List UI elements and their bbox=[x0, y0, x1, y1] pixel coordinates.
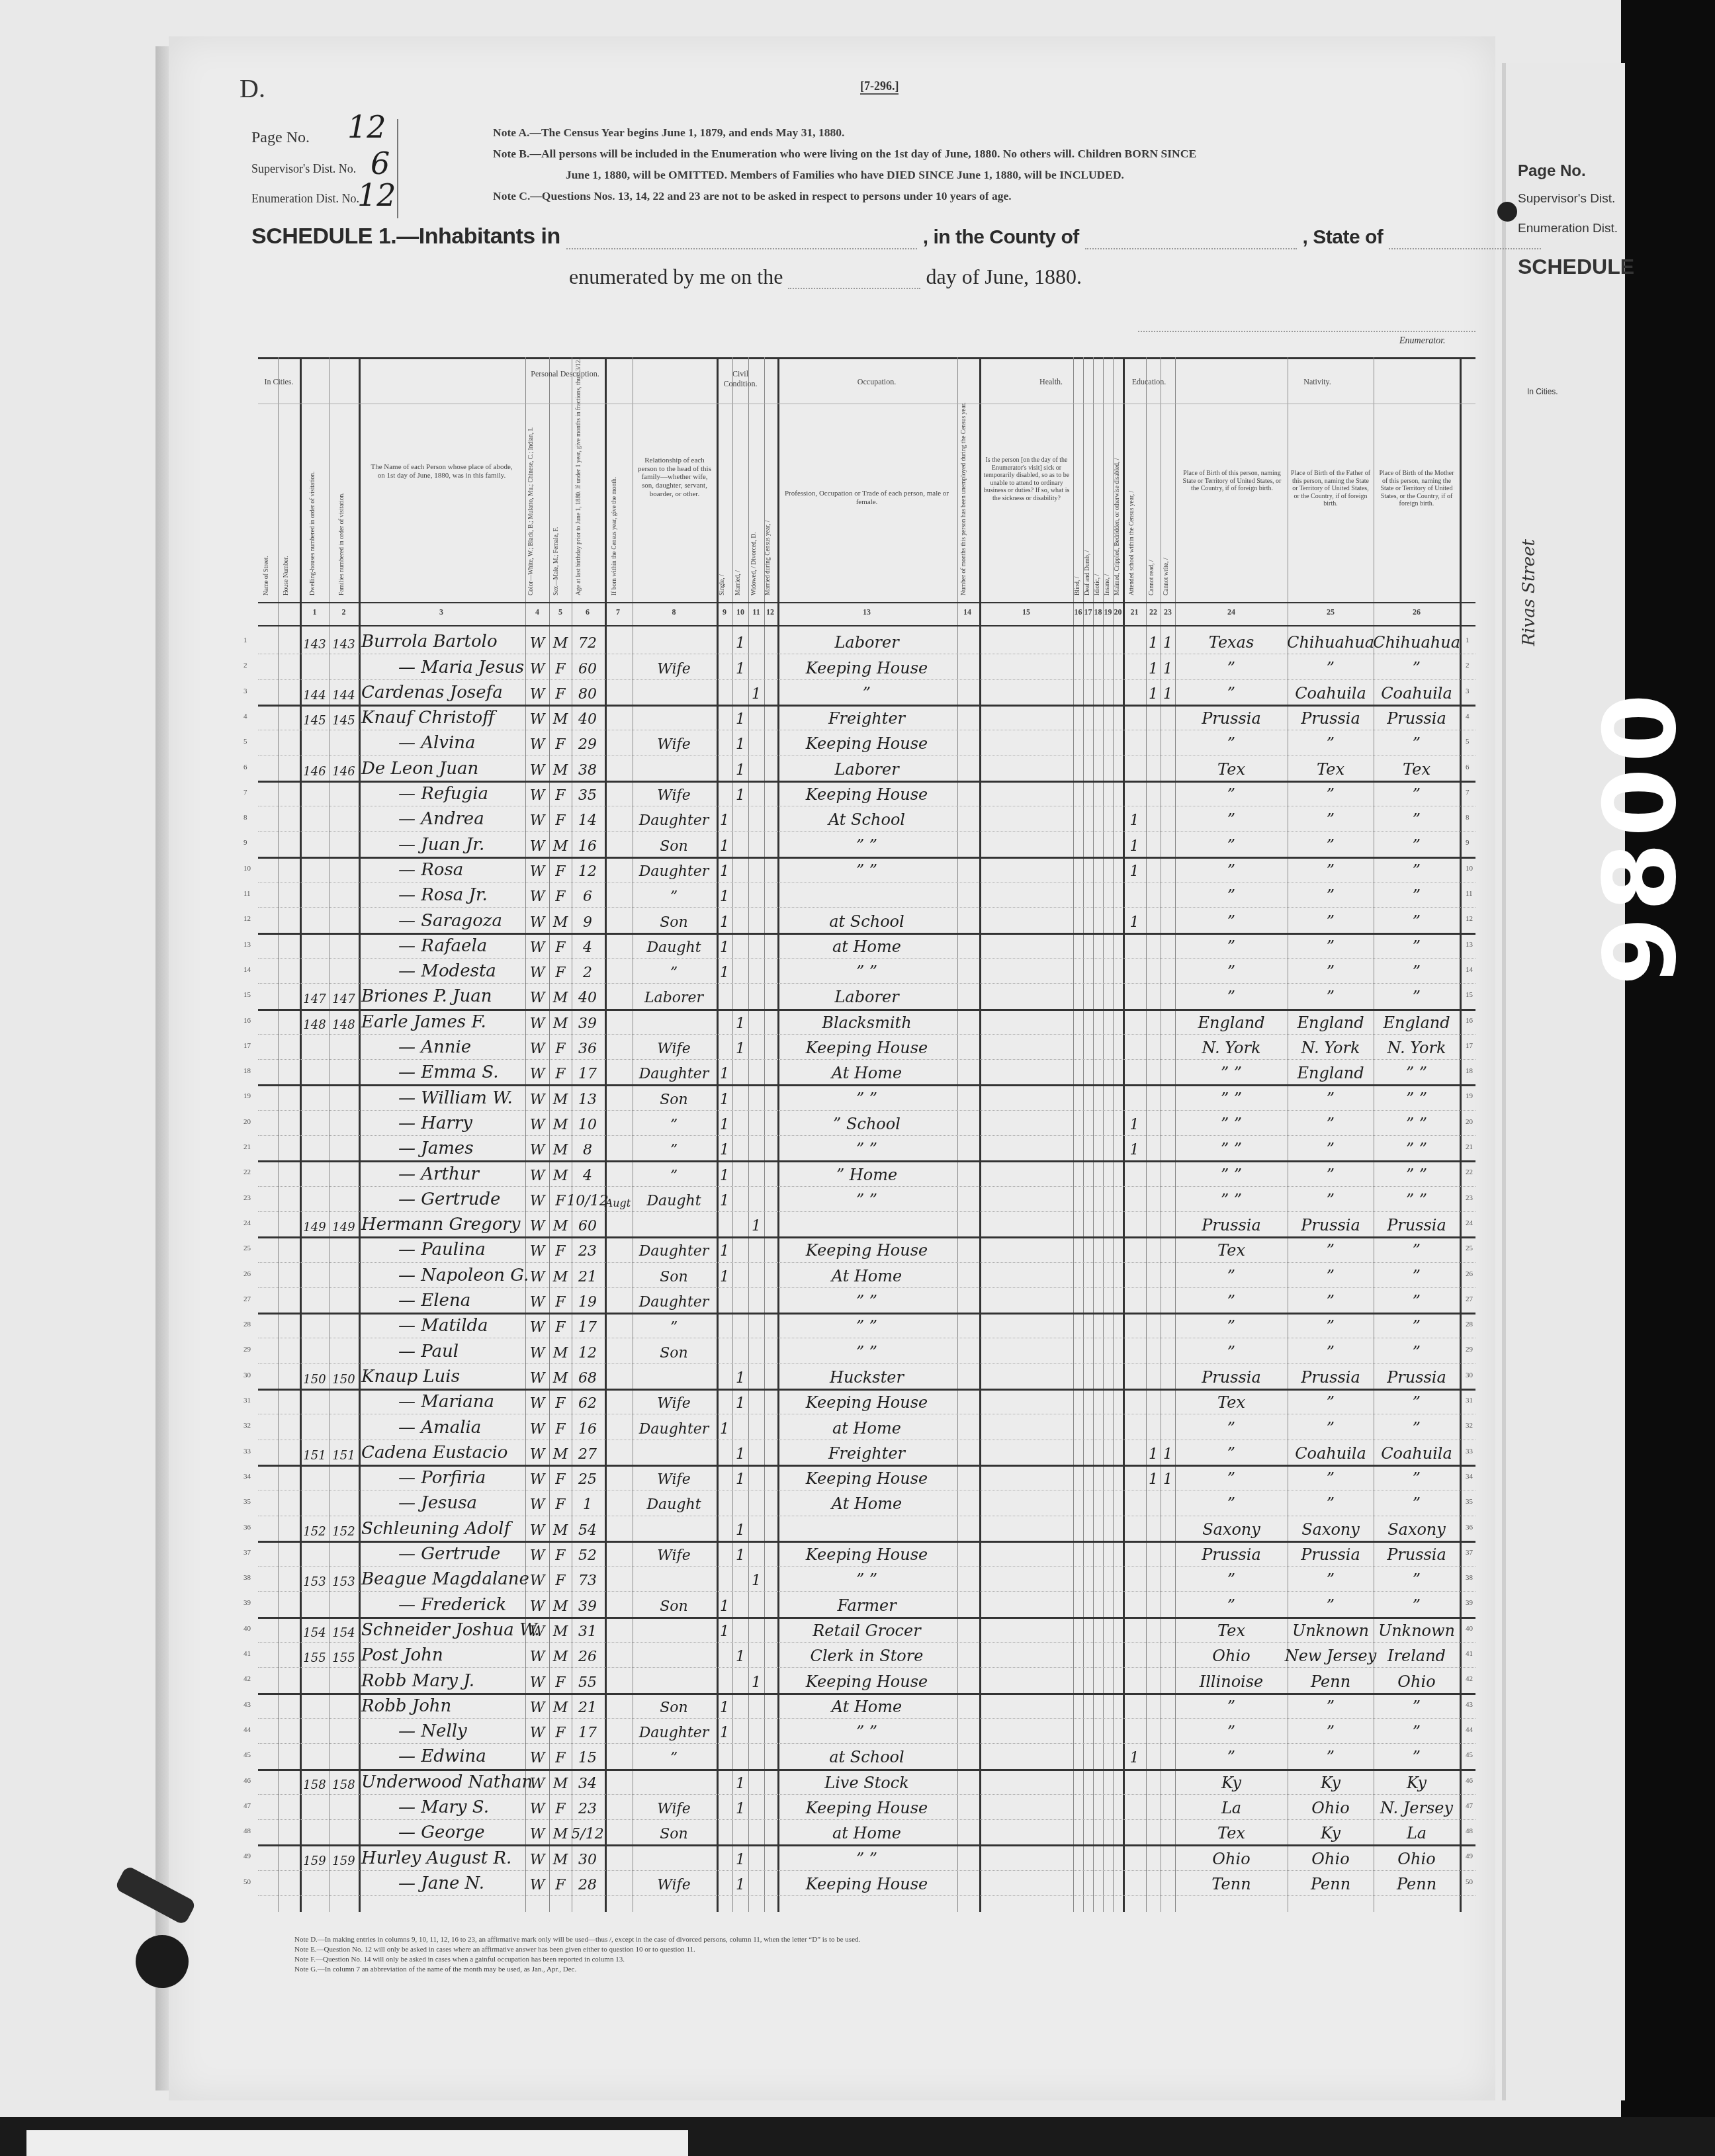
cell-fpob: ” bbox=[1288, 1236, 1374, 1262]
cell-married bbox=[732, 1135, 748, 1160]
cell-pob: ” bbox=[1175, 1566, 1288, 1591]
cell-read bbox=[1146, 1516, 1161, 1541]
cell-color: W bbox=[525, 705, 549, 730]
row-number: 21 bbox=[1466, 1143, 1473, 1151]
header-c11: Widowed, / Divorced, D. bbox=[751, 417, 758, 595]
census-row: Robb Mary J.WF551Keeping HouseIllinoiseP… bbox=[258, 1667, 1475, 1692]
cell-married bbox=[732, 1262, 748, 1287]
census-row: 149149Hermann GregoryWM601PrussiaPrussia… bbox=[258, 1211, 1475, 1236]
cell-rel bbox=[633, 1844, 715, 1870]
cell-dw: 153 bbox=[300, 1566, 330, 1591]
census-row: 151151Cadena EustacioWM271Freighter11”Co… bbox=[258, 1440, 1475, 1465]
cell-sex: M bbox=[549, 1844, 572, 1870]
cell-read bbox=[1146, 1819, 1161, 1844]
cell-occ: Keeping House bbox=[777, 1794, 956, 1819]
cell-sex: M bbox=[549, 1338, 572, 1363]
cell-color: W bbox=[525, 1034, 549, 1059]
row-number-left: 26 bbox=[243, 1270, 251, 1278]
cell-write bbox=[1161, 1313, 1175, 1338]
census-row: 159159Hurley August R.WM301” ”OhioOhioOh… bbox=[258, 1844, 1475, 1870]
column-number: 16 bbox=[1073, 607, 1083, 617]
cell-color: W bbox=[525, 1009, 549, 1034]
cell-rel: ” bbox=[633, 1313, 715, 1338]
row-number-left: 50 bbox=[243, 1878, 251, 1886]
header-c7: If born within the Census year, give the… bbox=[611, 417, 618, 595]
cell-color: W bbox=[525, 1110, 549, 1135]
row-number-left: 11 bbox=[243, 890, 251, 898]
row-number: 17 bbox=[1466, 1042, 1473, 1050]
cell-month bbox=[605, 1566, 631, 1591]
cell-fam bbox=[330, 1819, 358, 1844]
cell-read bbox=[1146, 1211, 1161, 1236]
cell-single: 1 bbox=[717, 1591, 732, 1616]
cell-age: 17 bbox=[572, 1718, 603, 1743]
column-number: 10 bbox=[732, 607, 748, 617]
cell-school bbox=[1123, 679, 1146, 705]
cell-fpob: Prussia bbox=[1288, 1211, 1374, 1236]
cell-read bbox=[1146, 1287, 1161, 1313]
cell-write bbox=[1161, 705, 1175, 730]
cell-write bbox=[1161, 1389, 1175, 1414]
row-number-left: 34 bbox=[243, 1473, 251, 1481]
state-field[interactable] bbox=[1389, 230, 1541, 249]
cell-write bbox=[1161, 1338, 1175, 1363]
cell-widowed bbox=[748, 1363, 764, 1389]
cell-name: — Mary S. bbox=[359, 1794, 524, 1819]
cell-age: 14 bbox=[572, 806, 603, 831]
census-row: — Juan Jr.WM16Son1” ”1””” bbox=[258, 831, 1475, 856]
census-row: — SaragozaWM9Son1at School1””” bbox=[258, 907, 1475, 932]
cell-occ: ” ” bbox=[777, 1566, 956, 1591]
cell-fpob: Prussia bbox=[1288, 1363, 1374, 1389]
cell-month bbox=[605, 1870, 631, 1895]
cell-married bbox=[732, 1211, 748, 1236]
cell-write: 1 bbox=[1161, 1465, 1175, 1490]
cell-name: — Matilda bbox=[359, 1313, 524, 1338]
cell-dw bbox=[300, 1870, 330, 1895]
cell-fam bbox=[330, 857, 358, 882]
row-number-left: 43 bbox=[243, 1701, 251, 1709]
cell-read bbox=[1146, 1414, 1161, 1439]
cell-married: 1 bbox=[732, 781, 748, 806]
cell-read bbox=[1146, 1262, 1161, 1287]
cell-color: W bbox=[525, 1743, 549, 1768]
cell-write bbox=[1161, 1034, 1175, 1059]
cell-write bbox=[1161, 806, 1175, 831]
row-number-left: 6 bbox=[243, 763, 247, 771]
cell-color: W bbox=[525, 1465, 549, 1490]
cell-read bbox=[1146, 1541, 1161, 1566]
cell-age: 39 bbox=[572, 1009, 603, 1034]
cell-color: W bbox=[525, 857, 549, 882]
cell-fam: 151 bbox=[330, 1440, 358, 1465]
row-number-left: 23 bbox=[243, 1194, 251, 1202]
adjacent-street-name: Rivas Street bbox=[1519, 539, 1539, 646]
cell-month bbox=[605, 1743, 631, 1768]
header-c6: Age at last birthday prior to June 1, 18… bbox=[576, 417, 582, 595]
cell-rel: ” bbox=[633, 1160, 715, 1186]
cell-fpob: Penn bbox=[1288, 1870, 1374, 1895]
cell-occ bbox=[777, 1211, 956, 1236]
cell-fam bbox=[330, 654, 358, 679]
row-number-left: 40 bbox=[243, 1625, 251, 1633]
cell-write bbox=[1161, 1617, 1175, 1642]
census-row: 150150Knaup LuisWM681HucksterPrussiaPrus… bbox=[258, 1363, 1475, 1389]
cell-occ bbox=[777, 1516, 956, 1541]
cell-color: W bbox=[525, 831, 549, 856]
cell-name: — Modesta bbox=[359, 958, 524, 983]
cell-color: W bbox=[525, 781, 549, 806]
cell-name: — Emma S. bbox=[359, 1059, 524, 1084]
row-number-left: 14 bbox=[243, 966, 251, 974]
group-education: Education. bbox=[1123, 377, 1175, 387]
cell-write bbox=[1161, 1363, 1175, 1389]
cell-rel: Son bbox=[633, 831, 715, 856]
cell-write bbox=[1161, 781, 1175, 806]
cell-read bbox=[1146, 1135, 1161, 1160]
row-number: 41 bbox=[1466, 1650, 1473, 1658]
adjacent-page: Page No. Supervisor's Dist. Enumeration … bbox=[1502, 63, 1625, 2100]
cell-school bbox=[1123, 1363, 1146, 1389]
cell-name: — Juan Jr. bbox=[359, 831, 524, 856]
cell-married bbox=[732, 1287, 748, 1313]
county-field[interactable] bbox=[1085, 230, 1297, 249]
column-number: 7 bbox=[605, 607, 631, 617]
row-number: 48 bbox=[1466, 1827, 1473, 1835]
cell-name: Schleuning Adolf bbox=[359, 1516, 524, 1541]
cell-read bbox=[1146, 1718, 1161, 1743]
cell-month: Augt bbox=[605, 1186, 631, 1211]
census-row: — GertrudeWF52Wife1Keeping HousePrussiaP… bbox=[258, 1541, 1475, 1566]
cell-sex: M bbox=[549, 1516, 572, 1541]
group-nativity: Nativity. bbox=[1175, 377, 1460, 387]
cell-fpob: ” bbox=[1288, 1135, 1374, 1160]
cell-married bbox=[732, 958, 748, 983]
cell-mpob: N. Jersey bbox=[1374, 1794, 1460, 1819]
cell-married bbox=[732, 1313, 748, 1338]
cell-rel: Daughter bbox=[633, 1287, 715, 1313]
cell-mpob: Unknown bbox=[1374, 1617, 1460, 1642]
cell-fpob: ” bbox=[1288, 1693, 1374, 1718]
cell-occ: Live Stock bbox=[777, 1769, 956, 1794]
cell-fam bbox=[330, 1465, 358, 1490]
cell-age: 4 bbox=[572, 933, 603, 958]
cell-widowed bbox=[748, 1034, 764, 1059]
cell-rel: ” bbox=[633, 1110, 715, 1135]
cell-read: 1 bbox=[1146, 679, 1161, 705]
cell-name: — Refugia bbox=[359, 781, 524, 806]
census-row: — William W.WM13Son1” ”” ””” ” bbox=[258, 1084, 1475, 1109]
cell-dw bbox=[300, 1667, 330, 1692]
cell-dw bbox=[300, 1313, 330, 1338]
row-number: 33 bbox=[1466, 1447, 1473, 1455]
cell-pob: Tex bbox=[1175, 1236, 1288, 1262]
cell-sex: M bbox=[549, 1617, 572, 1642]
row-number-left: 41 bbox=[243, 1650, 251, 1658]
cell-widowed bbox=[748, 1743, 764, 1768]
cell-read bbox=[1146, 1110, 1161, 1135]
cell-widowed bbox=[748, 1160, 764, 1186]
cell-school: 1 bbox=[1123, 1110, 1146, 1135]
cell-single bbox=[717, 1009, 732, 1034]
cell-single bbox=[717, 1844, 732, 1870]
census-row: — JesusaWF1DaughtAt Home””” bbox=[258, 1490, 1475, 1515]
cell-widowed bbox=[748, 933, 764, 958]
row-number: 49 bbox=[1466, 1852, 1473, 1860]
cell-name: — Edwina bbox=[359, 1743, 524, 1768]
cell-sex: F bbox=[549, 882, 572, 907]
census-row: — Mary S.WF23Wife1Keeping HouseLaOhioN. … bbox=[258, 1794, 1475, 1819]
cell-mpob: Prussia bbox=[1374, 1541, 1460, 1566]
row-number: 7 bbox=[1466, 789, 1470, 797]
cell-write bbox=[1161, 1642, 1175, 1667]
cell-dw: 152 bbox=[300, 1516, 330, 1541]
cell-name: Post John bbox=[359, 1642, 524, 1667]
cell-rel: Laborer bbox=[633, 983, 715, 1008]
cell-age: 21 bbox=[572, 1693, 603, 1718]
cell-widowed bbox=[748, 1338, 764, 1363]
cell-sex: M bbox=[549, 1160, 572, 1186]
cell-married bbox=[732, 1591, 748, 1616]
cell-age: 29 bbox=[572, 730, 603, 755]
census-row: Robb JohnWM21Son1At Home””” bbox=[258, 1693, 1475, 1718]
row-number: 22 bbox=[1466, 1168, 1473, 1176]
cell-mpob: ” bbox=[1374, 1693, 1460, 1718]
row-number-left: 3 bbox=[243, 687, 247, 695]
cell-school bbox=[1123, 1617, 1146, 1642]
cell-month bbox=[605, 1363, 631, 1389]
cell-occ: At School bbox=[777, 806, 956, 831]
cell-month bbox=[605, 1059, 631, 1084]
cell-age: 23 bbox=[572, 1794, 603, 1819]
cell-pob: Tex bbox=[1175, 755, 1288, 781]
row-number: 18 bbox=[1466, 1067, 1473, 1075]
cell-married bbox=[732, 857, 748, 882]
census-row: — RefugiaWF35Wife1Keeping House””” bbox=[258, 781, 1475, 806]
cell-occ: At Home bbox=[777, 1693, 956, 1718]
cell-color: W bbox=[525, 1338, 549, 1363]
cell-occ: Keeping House bbox=[777, 781, 956, 806]
cell-fam bbox=[330, 1591, 358, 1616]
cell-age: 60 bbox=[572, 1211, 603, 1236]
census-row: 152152Schleuning AdolfWM541SaxonySaxonyS… bbox=[258, 1516, 1475, 1541]
cell-read bbox=[1146, 1566, 1161, 1591]
cell-single bbox=[717, 654, 732, 679]
cell-month bbox=[605, 1135, 631, 1160]
enumerator-signature-field[interactable] bbox=[1138, 329, 1475, 332]
census-row: — ElenaWF19Daughter” ”””” bbox=[258, 1287, 1475, 1313]
cell-write: 1 bbox=[1161, 628, 1175, 654]
cell-rel bbox=[633, 1642, 715, 1667]
cell-dw bbox=[300, 1135, 330, 1160]
row-number: 40 bbox=[1466, 1625, 1473, 1633]
cell-mpob: ” bbox=[1374, 1389, 1460, 1414]
cell-married bbox=[732, 1743, 748, 1768]
cell-mpob: ” bbox=[1374, 907, 1460, 932]
row-number-left: 44 bbox=[243, 1726, 251, 1734]
cell-married bbox=[732, 882, 748, 907]
cell-age: 17 bbox=[572, 1059, 603, 1084]
cell-single: 1 bbox=[717, 1718, 732, 1743]
cell-age: 28 bbox=[572, 1870, 603, 1895]
cell-single bbox=[717, 983, 732, 1008]
cell-write: 1 bbox=[1161, 679, 1175, 705]
inhabitants-in-field[interactable] bbox=[566, 230, 917, 249]
cell-dw: 158 bbox=[300, 1769, 330, 1794]
cell-sex: M bbox=[549, 1110, 572, 1135]
cell-write bbox=[1161, 933, 1175, 958]
note-d: Note D.—In making entries in columns 9, … bbox=[294, 1935, 860, 1945]
row-number-left: 39 bbox=[243, 1599, 251, 1607]
cell-school: 1 bbox=[1123, 806, 1146, 831]
cell-month bbox=[605, 958, 631, 983]
cell-school bbox=[1123, 1693, 1146, 1718]
cell-age: 39 bbox=[572, 1591, 603, 1616]
cell-sex: F bbox=[549, 1718, 572, 1743]
cell-month bbox=[605, 882, 631, 907]
cell-single bbox=[717, 1490, 732, 1515]
cell-age: 9 bbox=[572, 907, 603, 932]
row-number-left: 35 bbox=[243, 1498, 251, 1506]
cell-widowed bbox=[748, 730, 764, 755]
cell-widowed bbox=[748, 1440, 764, 1465]
cell-fam bbox=[330, 1414, 358, 1439]
cell-occ: ” ” bbox=[777, 1844, 956, 1870]
header-c21: Attended school within the Census year, … bbox=[1129, 417, 1135, 595]
cell-read bbox=[1146, 755, 1161, 781]
cell-write bbox=[1161, 755, 1175, 781]
cell-mpob: Penn bbox=[1374, 1870, 1460, 1895]
cell-single bbox=[717, 1870, 732, 1895]
enumeration-day-field[interactable] bbox=[788, 269, 920, 289]
cell-month bbox=[605, 1465, 631, 1490]
cell-mpob: ” bbox=[1374, 1465, 1460, 1490]
cell-married bbox=[732, 1490, 748, 1515]
cell-write bbox=[1161, 983, 1175, 1008]
cell-color: W bbox=[525, 1363, 549, 1389]
cell-rel bbox=[633, 679, 715, 705]
cell-sex: M bbox=[549, 1693, 572, 1718]
cell-rel: Wife bbox=[633, 654, 715, 679]
cell-age: 21 bbox=[572, 1262, 603, 1287]
census-row: 148148Earle James F.WM391BlacksmithEngla… bbox=[258, 1009, 1475, 1034]
cell-married: 1 bbox=[732, 1541, 748, 1566]
column-number: 15 bbox=[979, 607, 1073, 617]
cell-fpob: N. York bbox=[1288, 1034, 1374, 1059]
cell-write bbox=[1161, 1236, 1175, 1262]
cell-color: W bbox=[525, 1236, 549, 1262]
cell-rel: Wife bbox=[633, 1465, 715, 1490]
cell-occ: Huckster bbox=[777, 1363, 956, 1389]
group-health: Health. bbox=[979, 377, 1123, 387]
cell-fpob: ” bbox=[1288, 1591, 1374, 1616]
cell-age: 10/12 bbox=[572, 1186, 603, 1211]
cell-color: W bbox=[525, 1135, 549, 1160]
cell-age: 31 bbox=[572, 1617, 603, 1642]
cell-sex: M bbox=[549, 831, 572, 856]
cell-mpob: ” ” bbox=[1374, 1084, 1460, 1109]
header-c20: Maimed, Crippled, Bedridden, or otherwis… bbox=[1114, 417, 1121, 595]
cell-mpob: ” bbox=[1374, 806, 1460, 831]
row-number-left: 5 bbox=[243, 738, 247, 746]
cell-color: W bbox=[525, 1287, 549, 1313]
cell-name: — Jane N. bbox=[359, 1870, 524, 1895]
row-number: 43 bbox=[1466, 1701, 1473, 1709]
cell-married: 1 bbox=[732, 1363, 748, 1389]
column-number: 2 bbox=[330, 607, 358, 617]
row-number: 27 bbox=[1466, 1295, 1473, 1303]
cell-fam: 150 bbox=[330, 1363, 358, 1389]
header-c12: Married during Census year, / bbox=[765, 417, 771, 595]
cell-dw bbox=[300, 806, 330, 831]
cell-occ: Keeping House bbox=[777, 1034, 956, 1059]
cell-sex: M bbox=[549, 1769, 572, 1794]
cell-name: — Mariana bbox=[359, 1389, 524, 1414]
cell-month bbox=[605, 1541, 631, 1566]
cell-pob: ” bbox=[1175, 1465, 1288, 1490]
cell-month bbox=[605, 781, 631, 806]
cell-rel: Son bbox=[633, 1338, 715, 1363]
cell-fpob: Ky bbox=[1288, 1819, 1374, 1844]
cell-single bbox=[717, 1794, 732, 1819]
cell-mpob: ” ” bbox=[1374, 1160, 1460, 1186]
cell-widowed bbox=[748, 1490, 764, 1515]
cell-fam: 159 bbox=[330, 1844, 358, 1870]
column-number: 17 bbox=[1083, 607, 1093, 617]
census-row: — RafaelaWF4Daught1at Home””” bbox=[258, 933, 1475, 958]
cell-rel: Son bbox=[633, 1591, 715, 1616]
row-number: 28 bbox=[1466, 1320, 1473, 1328]
cell-pob: England bbox=[1175, 1009, 1288, 1034]
cell-widowed bbox=[748, 857, 764, 882]
cell-widowed: 1 bbox=[748, 1566, 764, 1591]
row-number: 19 bbox=[1466, 1092, 1473, 1100]
cell-sex: F bbox=[549, 958, 572, 983]
cell-write bbox=[1161, 1566, 1175, 1591]
cell-dw bbox=[300, 1186, 330, 1211]
cell-read bbox=[1146, 781, 1161, 806]
cell-write bbox=[1161, 958, 1175, 983]
cell-pob: ” bbox=[1175, 857, 1288, 882]
cell-widowed bbox=[748, 1186, 764, 1211]
cell-mpob: ” bbox=[1374, 654, 1460, 679]
cell-rel: ” bbox=[633, 1743, 715, 1768]
cell-school bbox=[1123, 1566, 1146, 1591]
cell-widowed bbox=[748, 907, 764, 932]
cell-occ: Clerk in Store bbox=[777, 1642, 956, 1667]
cell-single bbox=[717, 1667, 732, 1692]
row-number: 39 bbox=[1466, 1599, 1473, 1607]
cell-write bbox=[1161, 1009, 1175, 1034]
column-number: 8 bbox=[633, 607, 715, 617]
cell-fpob: Penn bbox=[1288, 1667, 1374, 1692]
cell-married: 1 bbox=[732, 1389, 748, 1414]
cell-pob: La bbox=[1175, 1794, 1288, 1819]
cell-age: 68 bbox=[572, 1363, 603, 1389]
cell-dw bbox=[300, 1819, 330, 1844]
cell-month bbox=[605, 857, 631, 882]
cell-widowed bbox=[748, 1313, 764, 1338]
cell-widowed bbox=[748, 1110, 764, 1135]
cell-fam bbox=[330, 1135, 358, 1160]
cell-widowed bbox=[748, 1009, 764, 1034]
cell-month bbox=[605, 1211, 631, 1236]
census-row: — GeorgeWM5/12Sonat HomeTexKyLa bbox=[258, 1819, 1475, 1844]
cell-occ: ” ” bbox=[777, 1084, 956, 1109]
cell-month bbox=[605, 1844, 631, 1870]
cell-month bbox=[605, 1034, 631, 1059]
cell-sex: M bbox=[549, 983, 572, 1008]
